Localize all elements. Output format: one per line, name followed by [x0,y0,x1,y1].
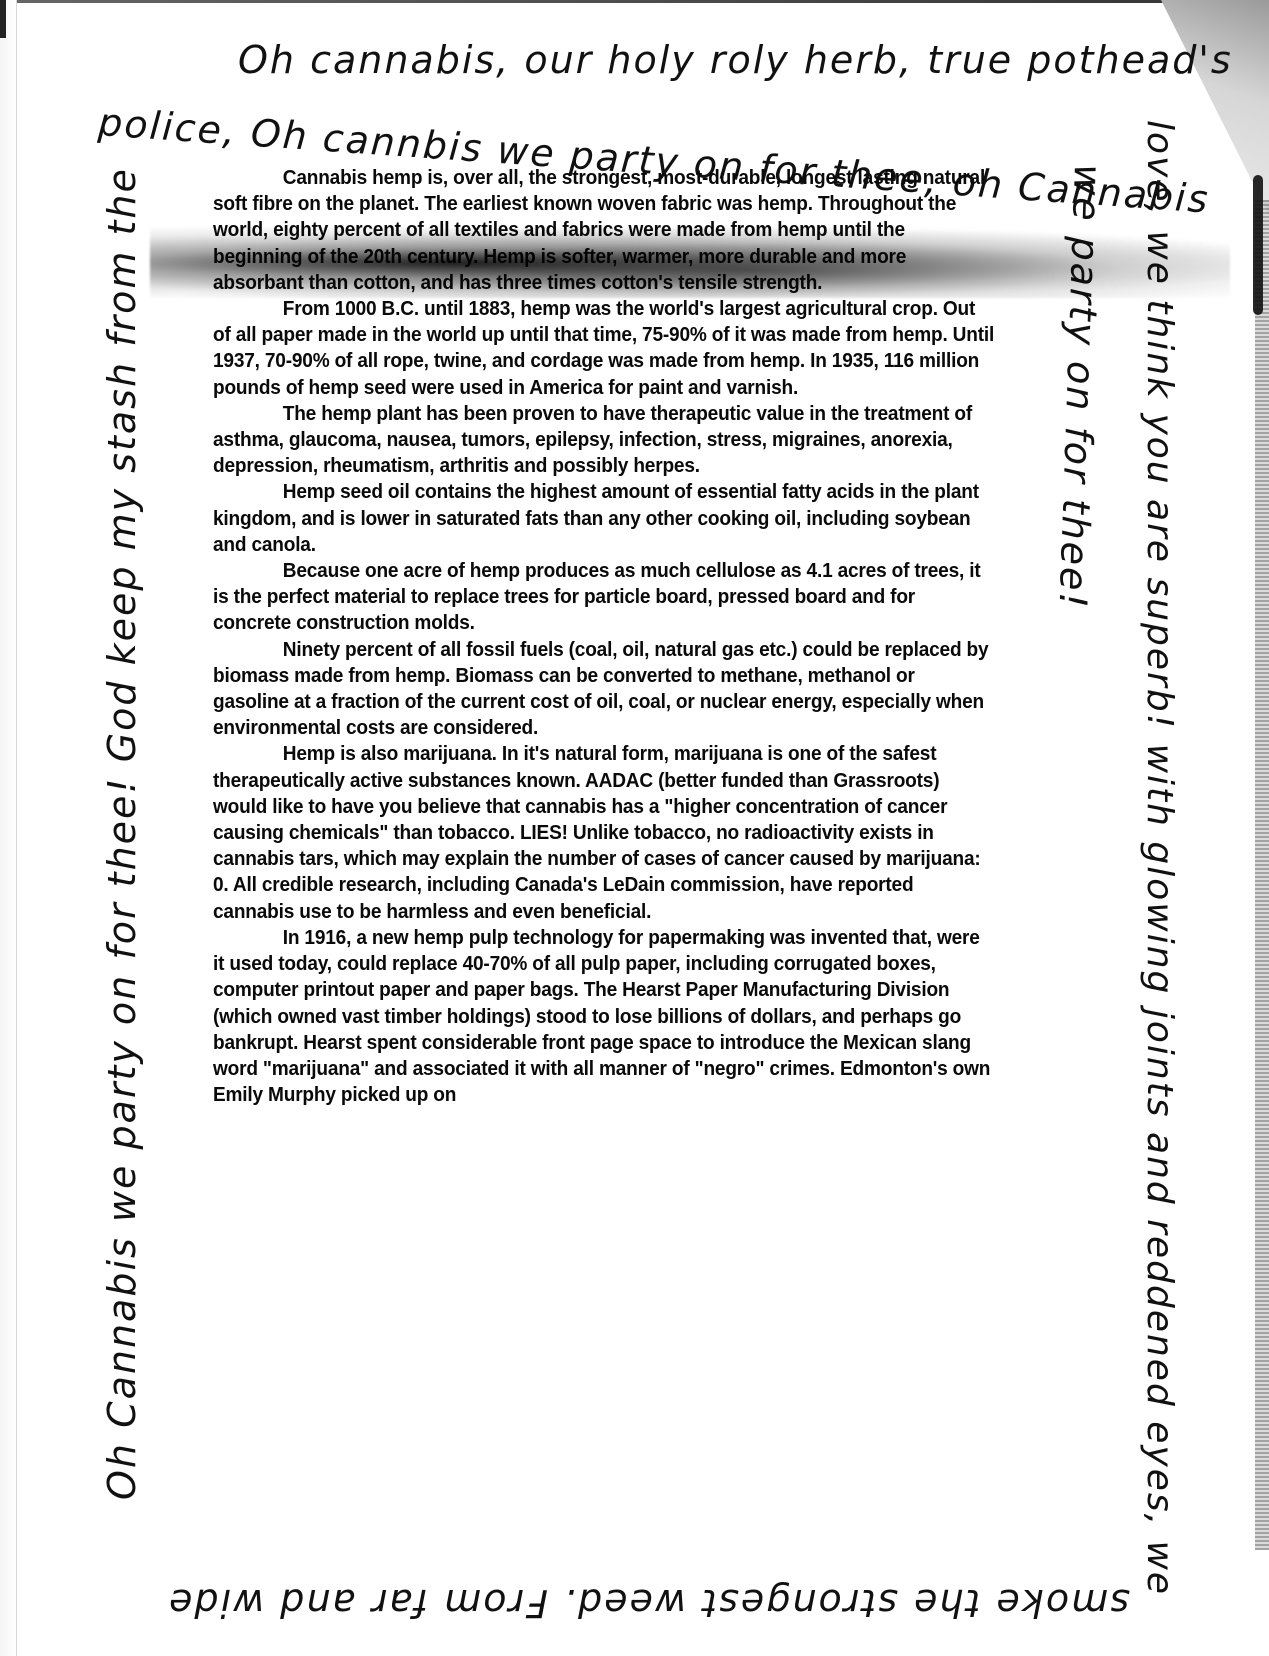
scan-top-edge [0,0,1269,3]
scanned-page: Oh cannabis, our holy roly herb, true po… [0,0,1269,1656]
paragraph-biomass: Ninety percent of all fossil fuels (coal… [213,637,994,742]
printed-body-text: Cannabis hemp is, over all, the stronges… [213,165,994,1108]
paragraph-marijuana: Hemp is also marijuana. In it's natural … [213,741,994,924]
paragraph-cellulose: Because one acre of hemp produces as muc… [213,558,994,637]
handwriting-right-outer: love, we think you are superb! with glow… [1139,120,1180,1596]
paragraph-history: From 1000 B.C. until 1883, hemp was the … [213,296,994,401]
toner-smear [150,228,1230,298]
handwriting-left: Oh Cannabis we party on for thee! God ke… [100,167,144,1500]
right-edge-toner-blot [1253,175,1263,315]
scan-edge-mark [0,0,6,38]
right-edge-toner-streak [1255,200,1269,1550]
handwriting-top-line-1: Oh cannabis, our holy roly herb, true po… [238,38,1233,82]
scan-left-edge [0,0,17,1656]
paragraph-therapeutic: The hemp plant has been proven to have t… [213,401,994,480]
paragraph-seed-oil: Hemp seed oil contains the highest amoun… [213,479,994,558]
paragraph-hearst: In 1916, a new hemp pulp technology for … [213,925,994,1108]
handwriting-bottom: smoke the strongest weed. From far and w… [167,1581,1130,1625]
